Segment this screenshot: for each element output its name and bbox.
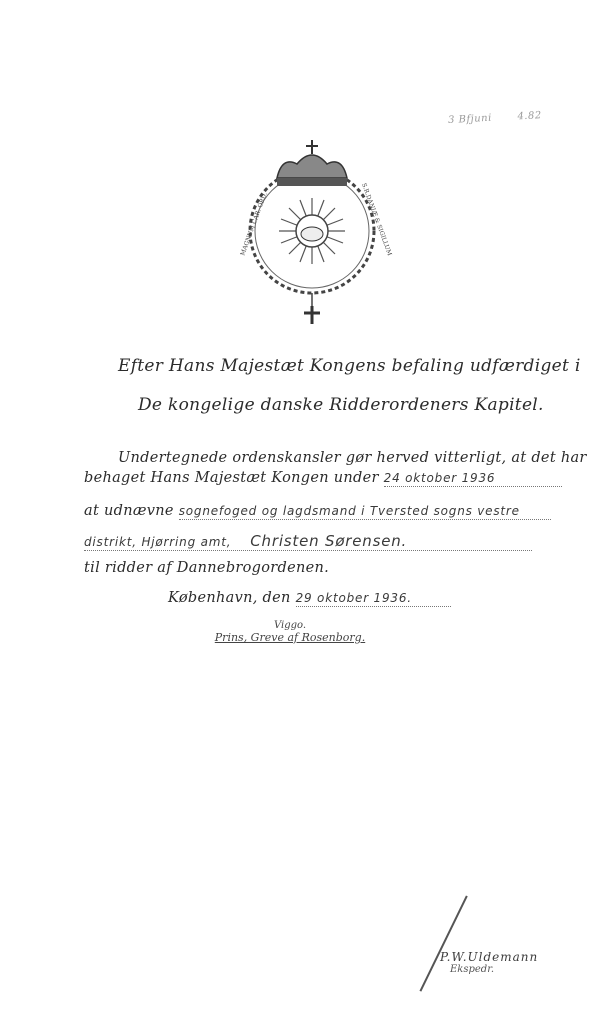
emblem-right-legend: S.R.DANIÆ & SIGILLUM: [360, 182, 393, 256]
chancellor-signature-line-1: Viggo.: [205, 620, 375, 631]
archive-page: 4.82: [517, 110, 542, 122]
secretary-name: P.W.Uldemann: [440, 950, 580, 964]
recipient-name: Christen Sørensen.: [250, 532, 407, 550]
chancellor-signature-line-2: Prins, Greve af Rosenborg.: [205, 631, 375, 644]
heading-line-1: Efter Hans Majestæt Kongens befaling udf…: [118, 356, 581, 376]
archive-reference-note: 3 Bfjuni 4.82: [448, 109, 564, 126]
body-line-4: distrikt, Hjørring amt, Christen Sørense…: [84, 532, 532, 551]
body-line-3-prefix: at udnævne: [84, 503, 174, 519]
recipient-field: distrikt, Hjørring amt, Christen Sørense…: [84, 532, 532, 551]
body-line-2: behaget Hans Majestæt Kongen under 24 ok…: [84, 470, 562, 487]
emblem-left-legend: MAGNUM CAR. ORD.: [239, 191, 268, 256]
appointment-date-field: 24 oktober 1936: [384, 470, 562, 487]
body-line-2-prefix: behaget Hans Majestæt Kongen under: [84, 470, 379, 486]
body-line-1: Undertegnede ordenskansler gør herved vi…: [118, 450, 587, 466]
place-date-line: København, den 29 oktober 1936.: [168, 590, 451, 607]
archive-ref: 3 Bfjuni: [448, 113, 492, 126]
place-prefix: København, den: [168, 590, 291, 606]
diagonal-pen-stroke: [419, 896, 467, 992]
secretary-signature: P.W.Uldemann Ekspedr.: [440, 950, 580, 975]
appointment-office-field: sognefoged og lagdsmand i Tversted sogns…: [179, 503, 551, 520]
royal-crown-order-seal-icon: MAGNUM CAR. ORD. S.R.DANIÆ & SIGILLUM: [222, 136, 402, 326]
body-line-3: at udnævne sognefoged og lagdsmand i Tve…: [84, 503, 551, 520]
secretary-title: Ekspedr.: [450, 964, 580, 975]
chancellor-signature: Viggo. Prins, Greve af Rosenborg.: [205, 620, 375, 644]
body-line-5: til ridder af Dannebrogordenen.: [84, 560, 329, 576]
issue-date-field: 29 oktober 1936.: [296, 590, 451, 607]
heading-line-2: De kongelige danske Ridderordeners Kapit…: [138, 395, 544, 415]
